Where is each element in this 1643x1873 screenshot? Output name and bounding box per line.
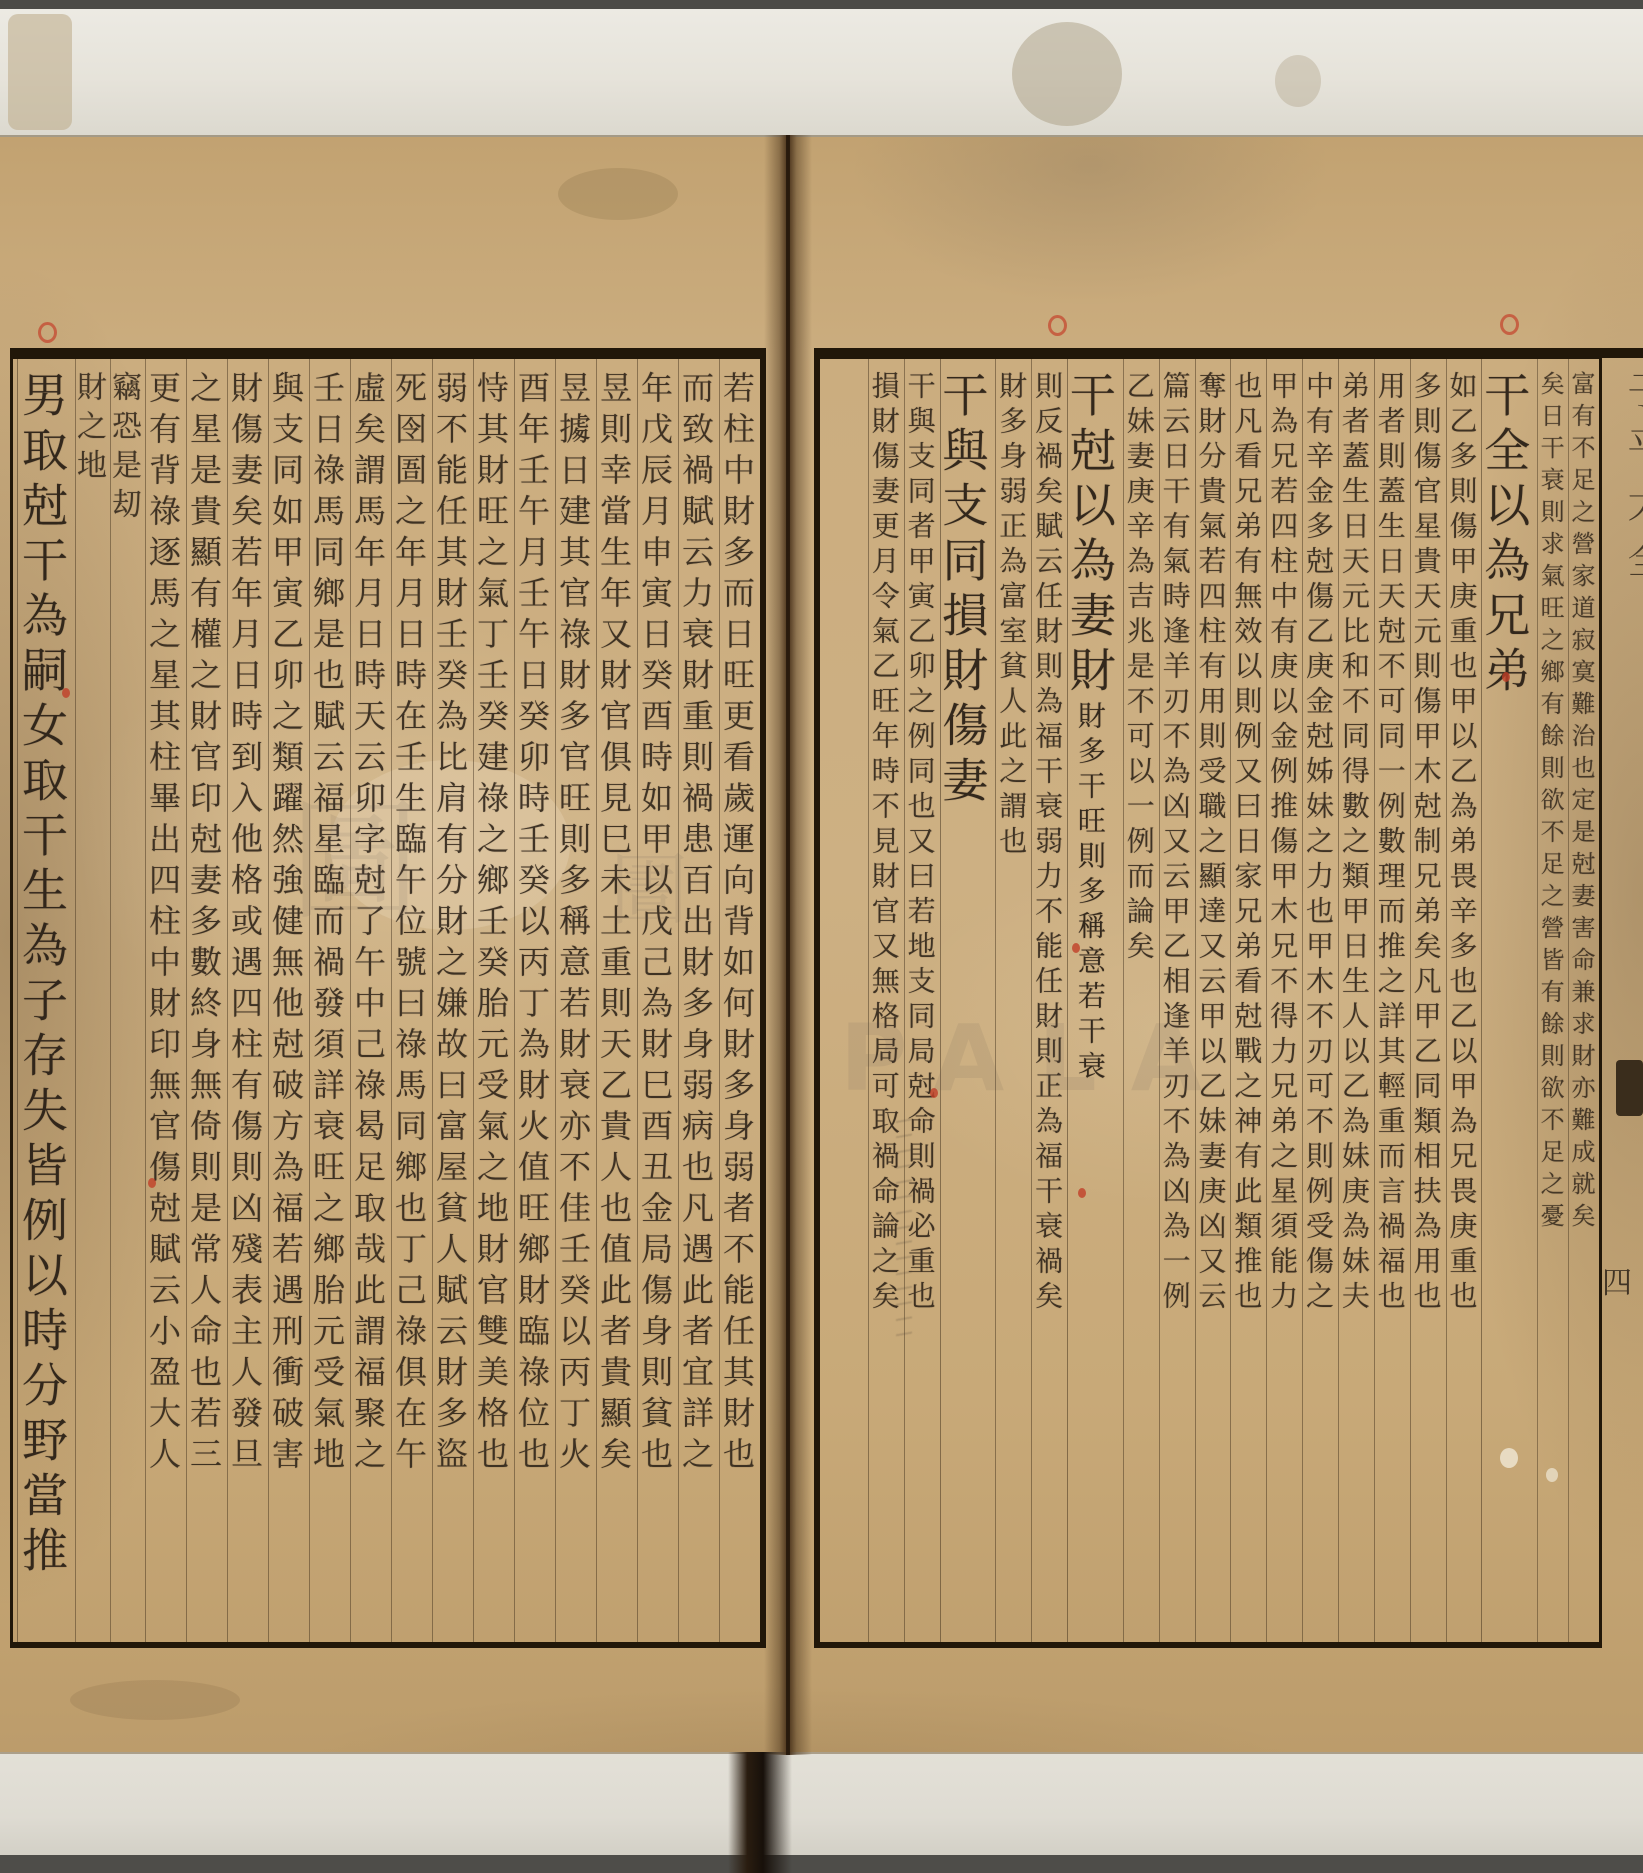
column-text: 竊恐是刧 bbox=[110, 371, 141, 527]
column-text: 則反禍矣賦云任財則為福干衰弱力不能任財則正為福干衰禍矣 bbox=[1031, 371, 1064, 1316]
text-column: 矣日干衰則求氣旺之鄉有餘則欲不足之營皆有餘則欲不足之憂 bbox=[1537, 359, 1568, 1642]
column-text: 甲為兄若四柱中有庚以金例推傷甲木兄不得力兄弟之星須能力 bbox=[1266, 371, 1299, 1316]
text-column: 財傷妻矣若年月日時到入他格或遇四柱有傷則凶殘表主人發旦 bbox=[227, 359, 268, 1642]
text-column: 損財傷妻更月令氣乙旺年時不見財官又無格局可取禍命論之矣 bbox=[868, 359, 904, 1642]
text-column: 篇云日干有氣時逢羊刃不為凶又云甲乙相逢羊刃不為凶為一例 bbox=[1159, 359, 1195, 1642]
vermillion-dot bbox=[148, 1178, 156, 1188]
left-page-text-grid: 若柱中財多而日旺更看歲運向背如何財多身弱者不能任其財也而致禍賦云力衰財重則禍患百… bbox=[10, 348, 766, 1648]
column-text: 若柱中財多而日旺更看歲運向背如何財多身弱者不能任其財也 bbox=[719, 371, 756, 1478]
column-text: 財多干旺則多稱意若干衰 bbox=[1074, 701, 1107, 1086]
column-text: 中有辛金多尅傷乙庚金尅姊妹之力也甲木不刃可不則例受傷之 bbox=[1302, 371, 1335, 1316]
scan-edge-bottom bbox=[0, 1855, 1643, 1873]
text-column: 酉年壬午月壬午日癸卯時壬癸以丙丁為財火值旺鄉財臨祿位也 bbox=[514, 359, 555, 1642]
column-text: 用者則蓋生日天尅不可同一例數理而推之詳其輕重而言禍福也 bbox=[1374, 371, 1407, 1316]
text-column: 更有背祿逐馬之星其柱畢出四柱中財印無官傷尅賦云小盈大人 bbox=[145, 359, 186, 1642]
text-column: 如乙多則傷甲庚重也甲以乙為弟畏辛多也乙以甲為兄畏庚重也 bbox=[1446, 359, 1482, 1642]
text-column: 昱則幸當生年又財官俱見巳未土重則天乙貴人也值此者貴顯矣 bbox=[596, 359, 637, 1642]
text-column: 干與支同者甲寅乙卯之例同也又曰若地支同局尅命則禍必重也 bbox=[904, 359, 940, 1642]
text-column: 財之地 bbox=[75, 359, 110, 1642]
text-column: 與支同如甲寅乙卯之類躍然強健無他尅破方為福若遇刑衝破害 bbox=[268, 359, 309, 1642]
column-text: 更有背祿逐馬之星其柱畢出四柱中財印無官傷尅賦云小盈大人 bbox=[145, 371, 182, 1478]
text-column: 乙妹妻庚辛為吉兆是不可以一例而論矣 bbox=[1123, 359, 1159, 1642]
column-text: 而致禍賦云力衰財重則禍患百出財多身弱病也凡遇此者宜詳之 bbox=[678, 371, 715, 1478]
column-text: 男取尅干為嗣女取干生為子存失皆例以時分野當推 bbox=[17, 371, 69, 1581]
vermillion-circle bbox=[1500, 314, 1519, 335]
text-column: 之星是貴顯有權之財官印尅妻多數終身無倚則是常人命也若三 bbox=[186, 359, 227, 1642]
gutter-fold-line bbox=[786, 135, 790, 1755]
text-column: 死囹圄之年月日時在壬生臨午位號曰祿馬同鄉也丁己祿俱在午 bbox=[391, 359, 432, 1642]
column-text: 多則傷官星貴天元則傷甲木尅制兄弟矣凡甲乙同類相扶為用也 bbox=[1410, 371, 1443, 1316]
column-text: 財之地 bbox=[75, 371, 106, 488]
text-column: 甲為兄若四柱中有庚以金例推傷甲木兄不得力兄弟之星須能力 bbox=[1266, 359, 1302, 1642]
text-column: 多則傷官星貴天元則傷甲木尅制兄弟矣凡甲乙同類相扶為用也 bbox=[1410, 359, 1446, 1642]
gutter-notch bbox=[728, 1752, 792, 1873]
mounting-strip-bottom bbox=[0, 1752, 1643, 1859]
text-column: 昱㩀日建其官祿財多官旺則多稱意若財衰亦不佳壬癸以丙丁火 bbox=[555, 359, 596, 1642]
text-column: 用者則蓋生日天尅不可同一例數理而推之詳其輕重而言禍福也 bbox=[1374, 359, 1410, 1642]
column-text: 也凡看兄弟有無效以則例又曰日家兄弟看尅戰之神有此類推也 bbox=[1230, 371, 1263, 1316]
section-heading: 干尅以為妻財 bbox=[1067, 371, 1117, 701]
column-text: 如乙多則傷甲庚重也甲以乙為弟畏辛多也乙以甲為兄畏庚重也 bbox=[1446, 371, 1479, 1316]
column-text: 矣日干衰則求氣旺之鄉有餘則欲不足之營皆有餘則欲不足之憂 bbox=[1537, 371, 1564, 1235]
folded-leaf-edge: 子平大全 bbox=[1600, 348, 1643, 1648]
column-text: 財傷妻矣若年月日時到入他格或遇四柱有傷則凶殘表主人發旦 bbox=[227, 371, 264, 1478]
column-text: 弱不能任其財壬癸為比肩有分財之嫌故曰富屋貧人賦云財多盜 bbox=[432, 371, 469, 1478]
text-column: 壬日祿馬同鄉是也賦云福星臨而禍發須詳衰旺之鄉胎元受氣地 bbox=[309, 359, 350, 1642]
vermillion-dot bbox=[1078, 1188, 1086, 1198]
column-text: 酉年壬午月壬午日癸卯時壬癸以丙丁為財火值旺鄉財臨祿位也 bbox=[514, 371, 551, 1478]
column-text: 篇云日干有氣時逢羊刃不為凶又云甲乙相逢羊刃不為凶為一例 bbox=[1159, 371, 1192, 1316]
vermillion-dot bbox=[930, 1088, 938, 1098]
column-text: 富有不足之營家道寂寞難治也定是尅妻害命兼求財亦難成就矣 bbox=[1568, 371, 1595, 1235]
text-column: 竊恐是刧 bbox=[110, 359, 145, 1642]
handwritten-marginalia bbox=[896, 1115, 912, 1345]
text-column: 中有辛金多尅傷乙庚金尅姊妹之力也甲木不刃可不則例受傷之 bbox=[1302, 359, 1338, 1642]
column-text: 奪財分貴氣若四柱有用則受職之顯達又云甲以乙妹妻庚凶又云 bbox=[1195, 371, 1228, 1316]
column-text: 昱則幸當生年又財官俱見巳未土重則天乙貴人也值此者貴顯矣 bbox=[596, 371, 633, 1478]
text-column: 干與支同損財傷妻 bbox=[940, 359, 996, 1642]
text-column: 虛矣謂馬年月日時天云卯字尅了午中己祿曷足取哉此謂福聚之 bbox=[350, 359, 391, 1642]
book-scan: { "document": { "kind": "woodblock print… bbox=[0, 0, 1643, 1873]
text-column: 干尅以為妻財財多干旺則多稱意若干衰 bbox=[1067, 359, 1123, 1642]
column-text: 恃其財旺之氣丁壬癸建祿之鄉壬癸胎元受氣之地財官雙美格也 bbox=[473, 371, 510, 1478]
text-column: 干全以為兄弟 bbox=[1481, 359, 1537, 1642]
text-column: 男取尅干為嗣女取干生為子存失皆例以時分野當推 bbox=[17, 359, 75, 1642]
text-column: 奪財分貴氣若四柱有用則受職之顯達又云甲以乙妹妻庚凶又云 bbox=[1195, 359, 1231, 1642]
text-column: 若柱中財多而日旺更看歲運向背如何財多身弱者不能任其財也 bbox=[719, 359, 760, 1642]
text-column: 而致禍賦云力衰財重則禍患百出財多身弱病也凡遇此者宜詳之 bbox=[678, 359, 719, 1642]
text-column: 富有不足之營家道寂寞難治也定是尅妻害命兼求財亦難成就矣 bbox=[1568, 359, 1599, 1642]
text-column: 弟者蓋生日天元比和不同得數之類甲日生人以乙為妹庚為妹夫 bbox=[1338, 359, 1374, 1642]
text-column: 財多身弱正為富室貧人此之謂也 bbox=[995, 359, 1031, 1642]
column-text: 與支同如甲寅乙卯之類躍然強健無他尅破方為福若遇刑衝破害 bbox=[268, 371, 305, 1478]
text-column: 弱不能任其財壬癸為比肩有分財之嫌故曰富屋貧人賦云財多盜 bbox=[432, 359, 473, 1642]
fold-title-fragment: 子平大全 bbox=[1616, 370, 1643, 594]
text-column: 年戊辰月申寅日癸酉時如甲以戊己為財巳酉丑金局傷身則貧也 bbox=[637, 359, 678, 1642]
column-text: 之星是貴顯有權之財官印尅妻多數終身無倚則是常人命也若三 bbox=[186, 371, 223, 1478]
ink-smudge bbox=[1616, 1060, 1643, 1116]
column-text: 死囹圄之年月日時在壬生臨午位號曰祿馬同鄉也丁己祿俱在午 bbox=[391, 371, 428, 1478]
column-text: 年戊辰月申寅日癸酉時如甲以戊己為財巳酉丑金局傷身則貧也 bbox=[637, 371, 674, 1478]
vermillion-circle bbox=[1048, 315, 1067, 336]
text-column: 則反禍矣賦云任財則為福干衰弱力不能任財則正為福干衰禍矣 bbox=[1031, 359, 1067, 1642]
column-text: 弟者蓋生日天元比和不同得數之類甲日生人以乙為妹庚為妹夫 bbox=[1338, 371, 1371, 1316]
column-text: 壬日祿馬同鄉是也賦云福星臨而禍發須詳衰旺之鄉胎元受氣地 bbox=[309, 371, 346, 1478]
mounting-strip-top bbox=[0, 9, 1643, 137]
vermillion-dot bbox=[1072, 943, 1080, 953]
text-column: 也凡看兄弟有無效以則例又曰日家兄弟看尅戰之神有此類推也 bbox=[1230, 359, 1266, 1642]
vermillion-dot bbox=[1502, 672, 1510, 682]
column-text: 虛矣謂馬年月日時天云卯字尅了午中己祿曷足取哉此謂福聚之 bbox=[350, 371, 387, 1478]
column-text: 乙妹妻庚辛為吉兆是不可以一例而論矣 bbox=[1123, 371, 1156, 966]
text-column: 恃其財旺之氣丁壬癸建祿之鄉壬癸胎元受氣之地財官雙美格也 bbox=[473, 359, 514, 1642]
vermillion-dot bbox=[62, 688, 70, 698]
vermillion-circle bbox=[38, 322, 57, 343]
right-page-text-grid: 富有不足之營家道寂寞難治也定是尅妻害命兼求財亦難成就矣矣日干衰則求氣旺之鄉有餘則… bbox=[814, 348, 1602, 1648]
page-number: 四 bbox=[1602, 1258, 1632, 1302]
section-heading: 干全以為兄弟 bbox=[1481, 371, 1531, 701]
column-text: 財多身弱正為富室貧人此之謂也 bbox=[995, 371, 1028, 861]
column-text: 昱㩀日建其官祿財多官旺則多稱意若財衰亦不佳壬癸以丙丁火 bbox=[555, 371, 592, 1478]
section-heading: 干與支同損財傷妻 bbox=[940, 371, 990, 811]
